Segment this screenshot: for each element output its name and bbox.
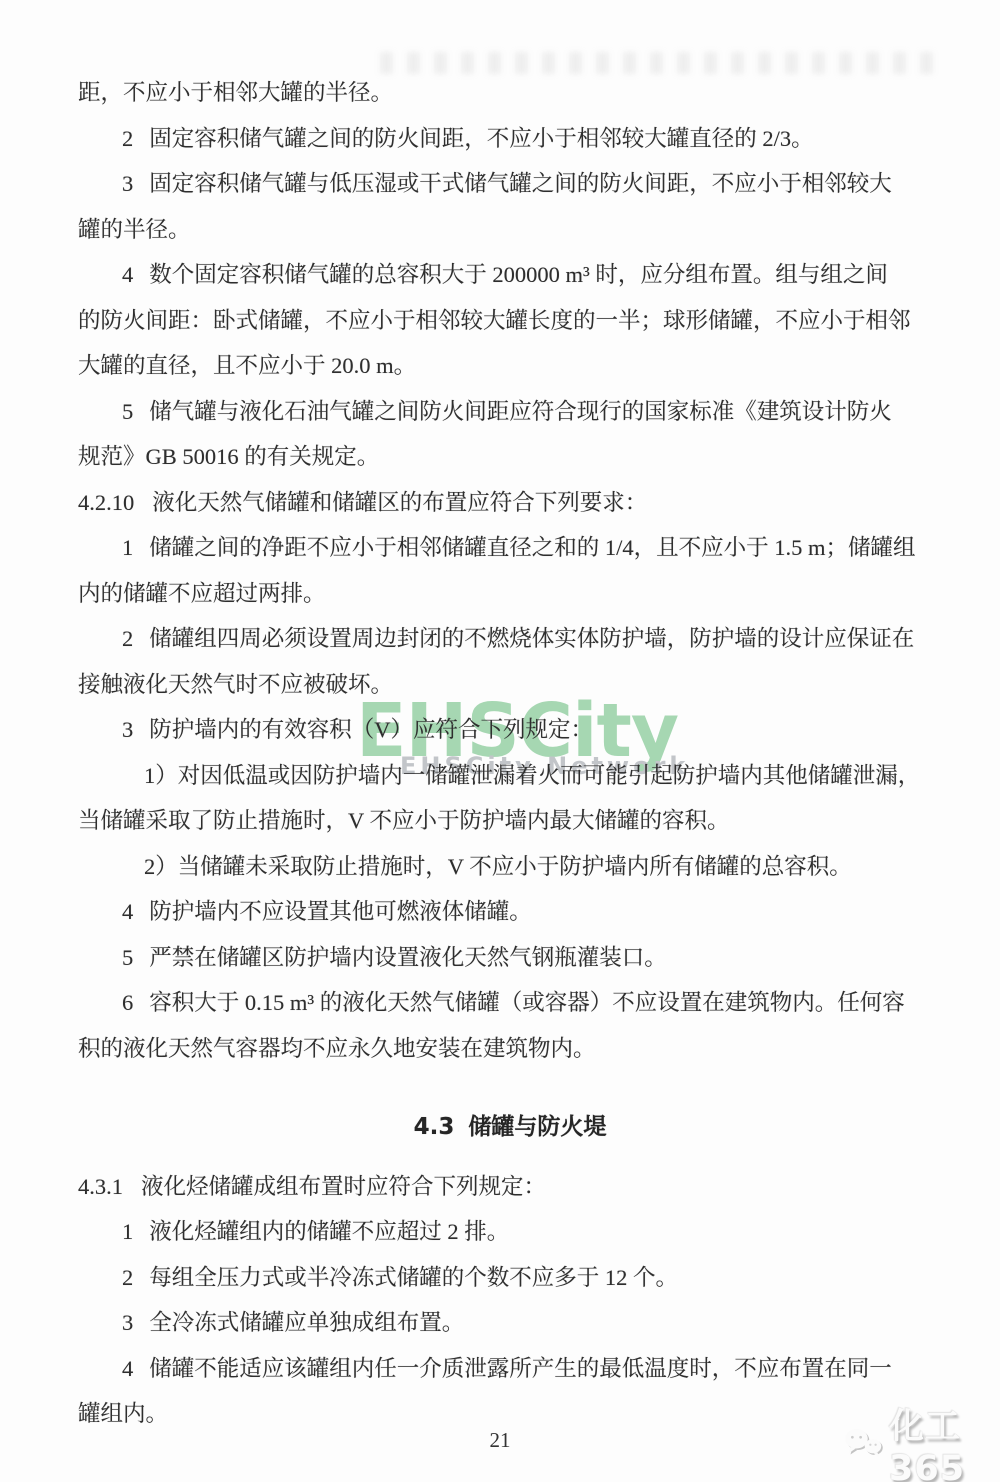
text-line: 规范》GB 50016 的有关规定。	[78, 434, 942, 480]
line-number: 2	[78, 116, 149, 162]
line-number: 4	[78, 1346, 149, 1392]
text-line: 3固定容积储气罐与低压湿或干式储气罐之间的防火间距，不应小于相邻较大	[78, 161, 942, 207]
line-text: 规范》GB 50016 的有关规定。	[78, 444, 379, 469]
line-text: 数个固定容积储气罐的总容积大于 200000 m³ 时，应分组布置。组与组之间	[149, 262, 888, 287]
line-text: 内的储罐不应超过两排。	[78, 581, 326, 606]
text-line: 罐的半径。	[78, 207, 942, 253]
line-text: 2）当储罐未采取防止措施时，V 不应小于防护墙内所有储罐的总容积。	[144, 854, 852, 879]
text-line: 大罐的直径，且不应小于 20.0 m。	[78, 343, 942, 389]
text-line: 4数个固定容积储气罐的总容积大于 200000 m³ 时，应分组布置。组与组之间	[78, 252, 942, 298]
line-number: 2	[78, 616, 149, 662]
line-text: 罐的半径。	[78, 217, 191, 242]
text-line: 接触液化天然气时不应被破坏。	[78, 662, 942, 708]
text-line: 当储罐采取了防止措施时，V 不应小于防护墙内最大储罐的容积。	[78, 798, 942, 844]
line-text: 防护墙内的有效容积（V）应符合下列规定：	[149, 717, 593, 742]
text-line: 5储气罐与液化石油气罐之间防火间距应符合现行的国家标准《建筑设计防火	[78, 389, 942, 435]
line-number: 3	[78, 1300, 149, 1346]
text-line: 距，不应小于相邻大罐的半径。	[78, 70, 942, 116]
text-line: 4防护墙内不应设置其他可燃液体储罐。	[78, 889, 942, 935]
text-line: 3全冷冻式储罐应单独成组布置。	[78, 1300, 942, 1346]
text-line: 2）当储罐未采取防止措施时，V 不应小于防护墙内所有储罐的总容积。	[78, 844, 942, 890]
line-text: 严禁在储罐区防护墙内设置液化天然气钢瓶灌装口。	[149, 945, 667, 970]
line-text: 的防火间距：卧式储罐，不应小于相邻较大罐长度的一半；球形储罐，不应小于相邻	[78, 308, 911, 333]
text-line: 1液化烃罐组内的储罐不应超过 2 排。	[78, 1209, 942, 1255]
line-number: 1	[78, 1209, 149, 1255]
text-line: 2固定容积储气罐之间的防火间距，不应小于相邻较大罐直径的 2/3。	[78, 116, 942, 162]
line-number: 3	[78, 161, 149, 207]
line-text: 容积大于 0.15 m³ 的液化天然气储罐（或容器）不应设置在建筑物内。任何容	[149, 990, 905, 1015]
line-number: 4.3	[414, 1105, 469, 1151]
line-text: 液化烃储罐成组布置时应符合下列规定：	[141, 1174, 546, 1199]
line-number: 1	[78, 525, 149, 571]
stamp-label: 化工365	[889, 1399, 1000, 1482]
line-text: 液化天然气储罐和储罐区的布置应符合下列要求：	[152, 490, 647, 515]
line-number: 2	[78, 1255, 149, 1301]
line-text: 液化烃罐组内的储罐不应超过 2 排。	[149, 1219, 509, 1244]
text-line: 4.2.10液化天然气储罐和储罐区的布置应符合下列要求：	[78, 480, 942, 526]
text-line: 3防护墙内的有效容积（V）应符合下列规定：	[78, 707, 942, 753]
text-line: 积的液化天然气容器均不应永久地安装在建筑物内。	[78, 1026, 942, 1072]
text-line: 6容积大于 0.15 m³ 的液化天然气储罐（或容器）不应设置在建筑物内。任何容	[78, 980, 942, 1026]
text-line: 内的储罐不应超过两排。	[78, 571, 942, 617]
text-line: 的防火间距：卧式储罐，不应小于相邻较大罐长度的一半；球形储罐，不应小于相邻	[78, 298, 942, 344]
line-text: 固定容积储气罐与低压湿或干式储气罐之间的防火间距，不应小于相邻较大	[149, 171, 892, 196]
line-text: 储气罐与液化石油气罐之间防火间距应符合现行的国家标准《建筑设计防火	[149, 399, 892, 424]
text-line: 5严禁在储罐区防护墙内设置液化天然气钢瓶灌装口。	[78, 935, 942, 981]
text-line: 1储罐之间的净距不应小于相邻储罐直径之和的 1/4，且不应小于 1.5 m；储罐…	[78, 525, 942, 571]
line-text: 储罐与防火堤	[468, 1114, 606, 1140]
document-page: EHSCity EHSCity Network 距，不应小于相邻大罐的半径。 2…	[0, 0, 1000, 1482]
line-text: 固定容积储气罐之间的防火间距，不应小于相邻较大罐直径的 2/3。	[149, 126, 813, 151]
line-number: 5	[78, 935, 149, 981]
line-text: 距，不应小于相邻大罐的半径。	[78, 80, 393, 105]
line-text: 接触液化天然气时不应被破坏。	[78, 672, 393, 697]
text-line: 4储罐不能适应该罐组内任一介质泄露所产生的最低温度时，不应布置在同一	[78, 1346, 942, 1392]
text-line: 1）对因低温或因防护墙内一储罐泄漏着火而可能引起防护墙内其他储罐泄漏，	[78, 753, 942, 799]
line-number: 3	[78, 707, 149, 753]
line-text: 储罐不能适应该罐组内任一介质泄露所产生的最低温度时，不应布置在同一	[149, 1356, 892, 1381]
line-text: 1）对因低温或因防护墙内一储罐泄漏着火而可能引起防护墙内其他储罐泄漏，	[144, 763, 920, 788]
wechat-bubbles-icon	[843, 1421, 885, 1467]
wechat-stamp: 化工365	[843, 1418, 1000, 1470]
text-line: 4.3.1液化烃储罐成组布置时应符合下列规定：	[78, 1164, 942, 1210]
line-text: 储罐组四周必须设置周边封闭的不燃烧体实体防护墙，防护墙的设计应保证在	[149, 626, 914, 651]
line-text: 罐组内。	[78, 1401, 168, 1426]
line-text: 每组全压力式或半冷冻式储罐的个数不应多于 12 个。	[149, 1265, 678, 1290]
line-number: 4.2.10	[78, 480, 152, 526]
line-number: 5	[78, 389, 149, 435]
line-text: 大罐的直径，且不应小于 20.0 m。	[78, 353, 416, 378]
text-line: 4.3储罐与防火堤	[78, 1105, 942, 1151]
line-text: 当储罐采取了防止措施时，V 不应小于防护墙内最大储罐的容积。	[78, 808, 729, 833]
line-text: 积的液化天然气容器均不应永久地安装在建筑物内。	[78, 1036, 596, 1061]
line-text: 防护墙内不应设置其他可燃液体储罐。	[149, 899, 532, 924]
line-number: 6	[78, 980, 149, 1026]
line-text: 储罐之间的净距不应小于相邻储罐直径之和的 1/4，且不应小于 1.5 m；储罐组	[149, 535, 915, 560]
text-line: 2储罐组四周必须设置周边封闭的不燃烧体实体防护墙，防护墙的设计应保证在	[78, 616, 942, 662]
text-line: 2每组全压力式或半冷冻式储罐的个数不应多于 12 个。	[78, 1255, 942, 1301]
line-text: 全冷冻式储罐应单独成组布置。	[149, 1310, 464, 1335]
line-number: 4	[78, 889, 149, 935]
line-number: 4	[78, 252, 149, 298]
document-body: 距，不应小于相邻大罐的半径。 2固定容积储气罐之间的防火间距，不应小于相邻较大罐…	[78, 70, 942, 1437]
line-number: 4.3.1	[78, 1164, 141, 1210]
